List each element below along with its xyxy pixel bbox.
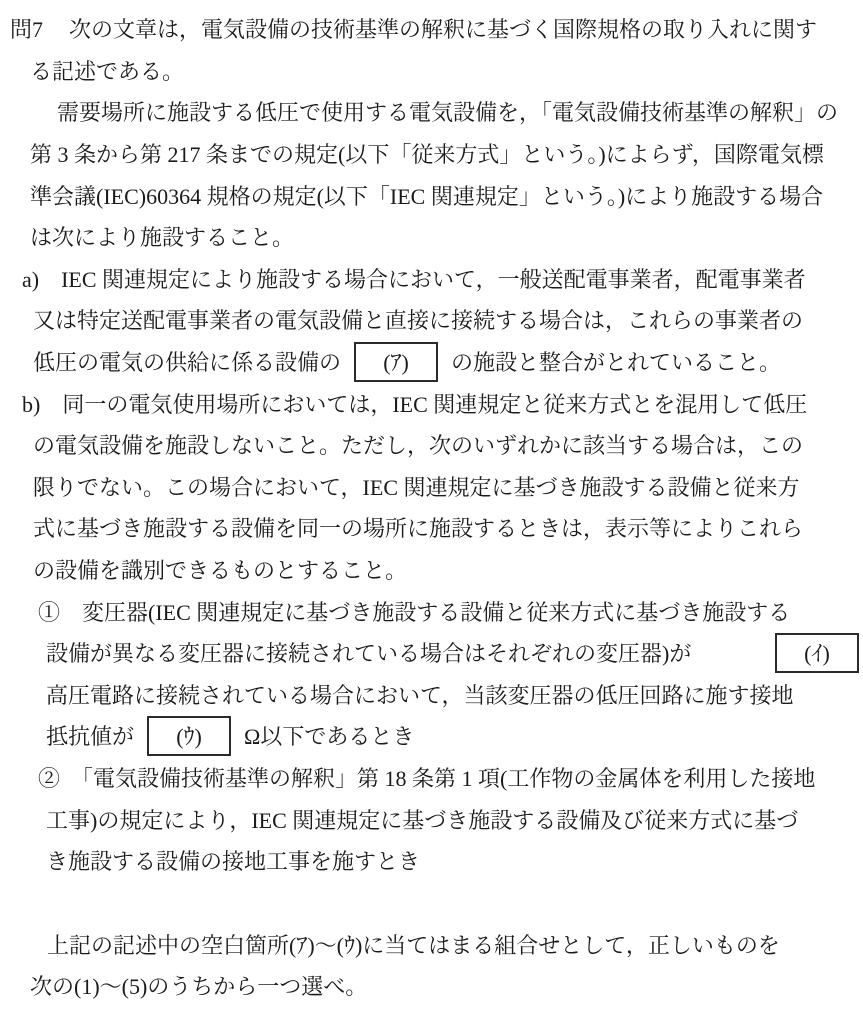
text-segment: 低圧の電気の供給に係る設備の <box>33 346 341 377</box>
text-segment: 又は特定送配電事業者の電気設備と直接に接続する場合は，これらの事業者の <box>33 304 803 335</box>
blank-label-i: (ｲ) <box>804 637 830 668</box>
text-line: き施設する設備の接地工事を施すとき <box>0 840 859 882</box>
text-line-with-blank-u: 抵抗値が (ｳ) Ω以下であるとき <box>0 715 859 757</box>
text-segment: 上記の記述中の空白箇所(ｱ)～(ｳ)に当てはまる組合せとして，正しいものを <box>47 929 780 960</box>
text-segment: の電気設備を施設しないこと。ただし，次のいずれかに該当する場合は，この <box>33 429 803 460</box>
text-segment: の設備を識別できるものとすること。 <box>33 554 407 585</box>
text-segment: ① 変圧器(IEC 関連規定に基づき施設する設備と従来方式に基づき施設する <box>38 596 790 627</box>
blank-label-a: (ｱ) <box>383 346 409 377</box>
text-segment: 抵抗値が <box>46 720 134 751</box>
text-line-with-blank-a: 低圧の電気の供給に係る設備の (ｱ) の施設と整合がとれていること。 <box>0 341 859 383</box>
closing-line: 次の(1)～(5)のうちから一つ選べ。 <box>0 965 859 1007</box>
item-a-line: a) IEC 関連規定により施設する場合において，一般送配電事業者，配電事業者 <box>0 258 859 300</box>
text-segment: 需要場所に施設する低圧で使用する電気設備を，「電気設備技術基準の解釈」の <box>57 96 838 127</box>
text-segment: る記述である。 <box>30 55 184 86</box>
text-line: る記述である。 <box>0 50 859 92</box>
text-line: 又は特定送配電事業者の電気設備と直接に接続する場合は，これらの事業者の <box>0 299 859 341</box>
text-line-with-blank-i: 設備が異なる変圧器に接続されている場合はそれぞれの変圧器)が (ｲ) <box>0 632 859 674</box>
item-b-line: b) 同一の電気使用場所においては，IEC 関連規定と従来方式とを混用して低圧 <box>0 382 859 424</box>
question-header-line: 問7次の文章は，電気設備の技術基準の解釈に基づく国際規格の取り入れに関す <box>0 8 859 50</box>
text-segment: 設備が異なる変圧器に接続されている場合はそれぞれの変圧器)が <box>46 637 691 668</box>
text-line: は次により施設すること。 <box>0 216 859 258</box>
text-segment: 準会議(IEC)60364 規格の規定(以下「IEC 関連規定」という。)により… <box>30 180 823 211</box>
text-line: 第 3 条から第 217 条までの規定(以下「従来方式」という。)によらず，国際… <box>0 133 859 175</box>
blank-box-u: (ｳ) <box>147 716 231 756</box>
text-segment: b) 同一の電気使用場所においては，IEC 関連規定と従来方式とを混用して低圧 <box>22 388 807 419</box>
text-line: 式に基づき施設する設備を同一の場所に施設するときは，表示等によりこれら <box>0 507 859 549</box>
text-segment: 第 3 条から第 217 条までの規定(以下「従来方式」という。)によらず，国際… <box>30 138 824 169</box>
exam-page: 問7次の文章は，電気設備の技術基準の解釈に基づく国際規格の取り入れに関す る記述… <box>0 0 863 1024</box>
text-segment: Ω以下であるとき <box>244 720 414 751</box>
text-line: 準会議(IEC)60364 規格の規定(以下「IEC 関連規定」という。)により… <box>0 174 859 216</box>
blank-label-u: (ｳ) <box>176 720 202 751</box>
text-segment: き施設する設備の接地工事を施すとき <box>46 845 420 876</box>
text-segment: 式に基づき施設する設備を同一の場所に施設するときは，表示等によりこれら <box>33 512 803 543</box>
text-segment: は次により施設すること。 <box>30 221 294 252</box>
text-segment: 高圧電路に接続されている場合において，当該変圧器の低圧回路に施す接地 <box>46 679 794 710</box>
text-line: 工事)の規定により，IEC 関連規定に基づき施設する設備及び従来方式に基づ <box>0 798 859 840</box>
text-line: の設備を識別できるものとすること。 <box>0 549 859 591</box>
text-segment: ② 「電気設備技術基準の解釈」第 18 条第 1 項(工作物の金属体を利用した接… <box>38 762 815 793</box>
text-segment: 工事)の規定により，IEC 関連規定に基づき施設する設備及び従来方式に基づ <box>46 804 798 835</box>
text-segment: の施設と整合がとれていること。 <box>451 346 781 377</box>
question-number: 問7 <box>10 13 43 44</box>
item-circle2-line: ② 「電気設備技術基準の解釈」第 18 条第 1 項(工作物の金属体を利用した接… <box>0 757 859 799</box>
blank-box-a: (ｱ) <box>354 342 438 382</box>
text-line: の電気設備を施設しないこと。ただし，次のいずれかに該当する場合は，この <box>0 424 859 466</box>
text-segment: a) IEC 関連規定により施設する場合において，一般送配電事業者，配電事業者 <box>22 263 806 294</box>
text-line: 需要場所に施設する低圧で使用する電気設備を，「電気設備技術基準の解釈」の <box>0 91 859 133</box>
item-circle1-line: ① 変圧器(IEC 関連規定に基づき施設する設備と従来方式に基づき施設する <box>0 590 859 632</box>
blank-box-i: (ｲ) <box>775 633 859 673</box>
closing-line: 上記の記述中の空白箇所(ｱ)～(ｳ)に当てはまる組合せとして，正しいものを <box>0 923 859 965</box>
text-line: 高圧電路に接続されている場合において，当該変圧器の低圧回路に施す接地 <box>0 674 859 716</box>
text-segment: 限りでない。この場合において，IEC 関連規定に基づき施設する設備と従来方 <box>33 471 800 502</box>
text-segment: 次の(1)～(5)のうちから一つ選べ。 <box>30 970 367 1001</box>
text-line: 限りでない。この場合において，IEC 関連規定に基づき施設する設備と従来方 <box>0 466 859 508</box>
text-line: 次の文章は，電気設備の技術基準の解釈に基づく国際規格の取り入れに関す <box>69 13 817 44</box>
